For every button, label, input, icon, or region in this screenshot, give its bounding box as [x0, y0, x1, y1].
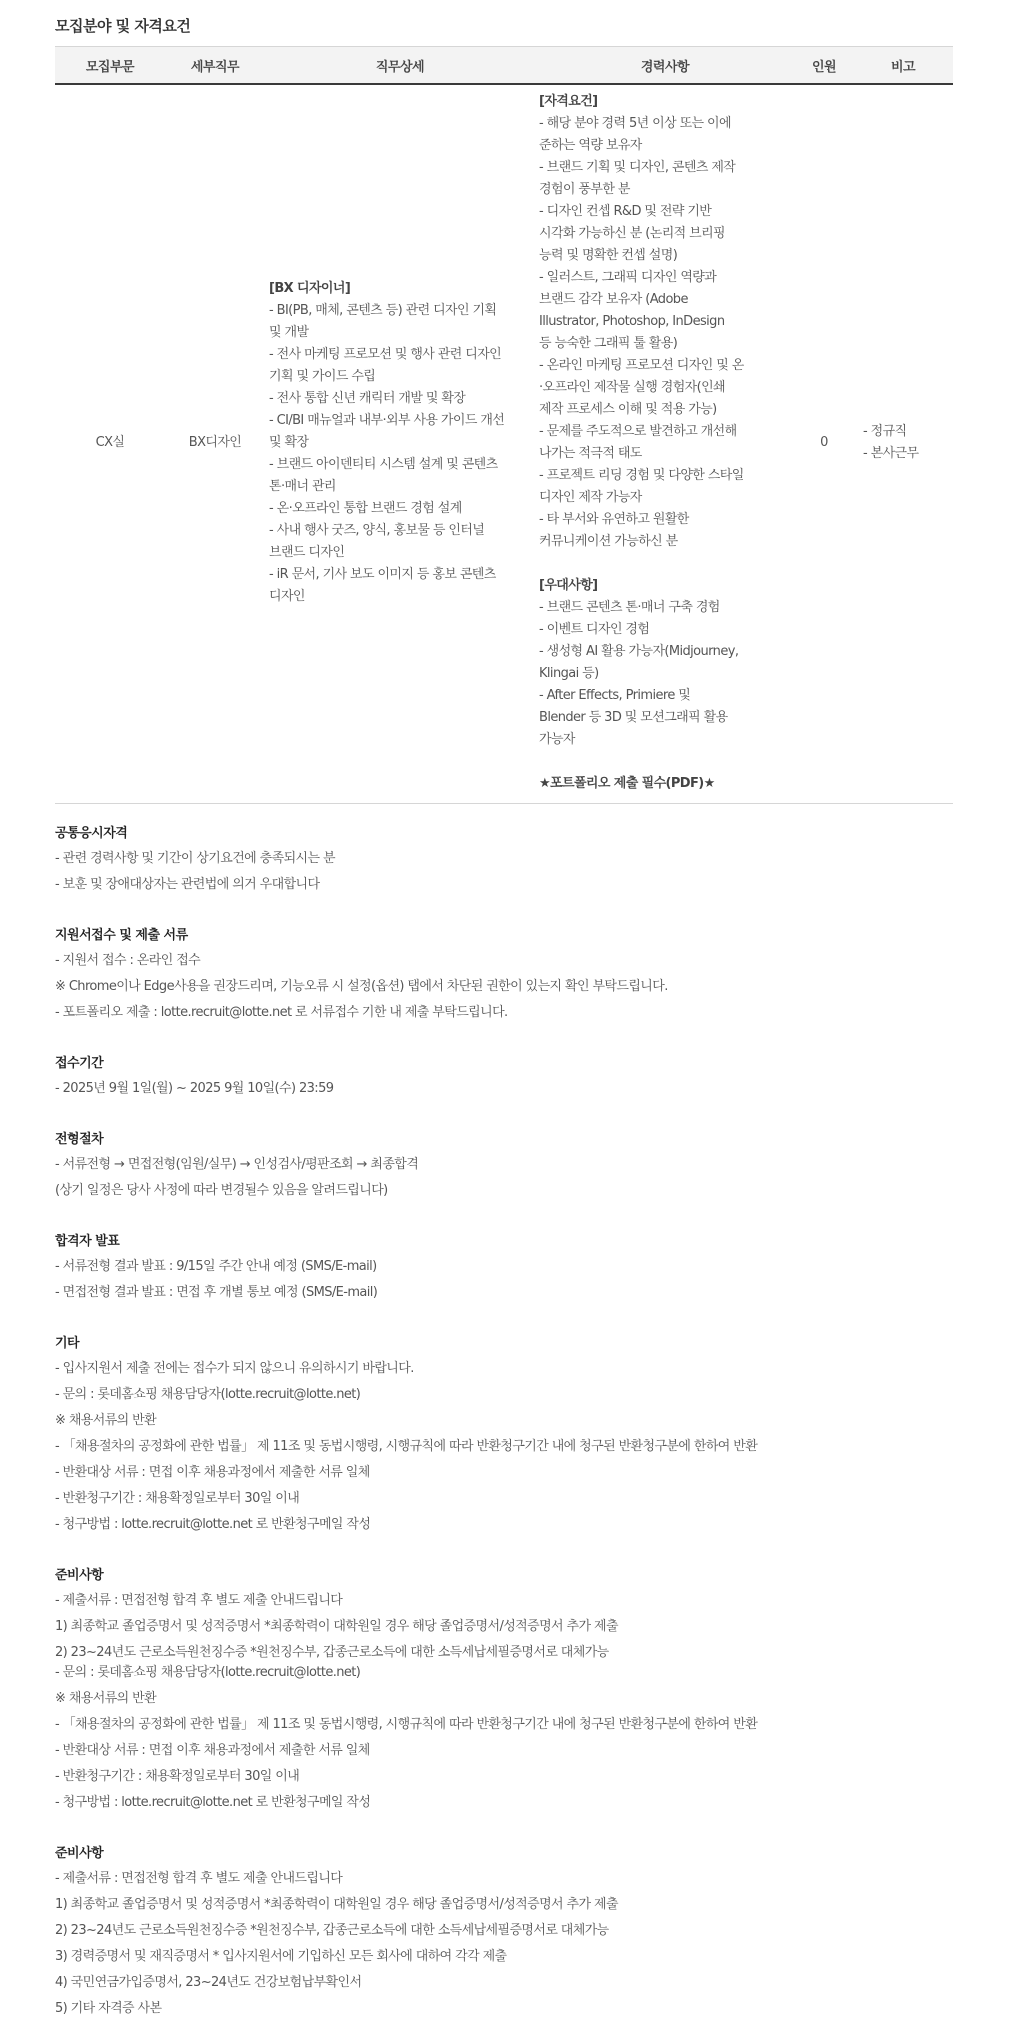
info-line: - 2025년 9월 1일(월) ~ 2025 9월 10일(수) 23:59	[55, 1076, 953, 1102]
info-line: - 면접전형 결과 발표 : 면접 후 개별 통보 예정 (SMS/E-mail…	[55, 1280, 953, 1306]
header-sub-role: 세부직무	[165, 47, 265, 85]
qualification-line: - 타 부서와 유연하고 원활한	[539, 509, 785, 531]
job-posting-page: 모집분야 및 자격요건 모집부문 세부직무 직무상세 경력사항 인원 비고 CX…	[0, 0, 953, 2022]
section-title: 접수기간	[55, 1052, 953, 1076]
preference-line: Blender 등 3D 및 모션그래픽 활용	[539, 707, 785, 729]
section-title: 공통응시자격	[55, 822, 953, 846]
info-line: - 서류전형 → 면접전형(임원/실무) → 인성검사/평판조회 → 최종합격	[55, 1152, 953, 1178]
qualification-line: 나가는 적극적 태도	[539, 443, 785, 465]
section-title: 합격자 발표	[55, 1230, 953, 1254]
section-period: 접수기간 - 2025년 9월 1일(월) ~ 2025 9월 10일(수) 2…	[55, 1052, 953, 1102]
section-preparation-1: 준비사항 - 제출서류 : 면접전형 합격 후 별도 제출 안내드립니다 1) …	[55, 1564, 953, 1816]
info-line: ※ Chrome이나 Edge사용을 권장드리며, 기능오류 시 설정(옵션) …	[55, 974, 953, 1000]
job-detail-line: - 브랜드 아이덴티티 시스템 설계 및 콘텐츠	[269, 454, 529, 476]
cell-headcount: 0	[795, 84, 853, 804]
qualification-line: 디자인 제작 가능자	[539, 487, 785, 509]
preference-heading: [우대사항]	[539, 575, 785, 597]
job-detail-line: 브랜드 디자인	[269, 542, 529, 564]
qualification-line: 경험이 풍부한 분	[539, 179, 785, 201]
cell-sub-role: BX디자인	[165, 84, 265, 804]
info-line: 2) 23~24년도 근로소득원천징수증 *원천징수부, 갑종근로소득에 대한 …	[55, 1918, 953, 1944]
note-line: - 본사근무	[863, 443, 953, 465]
header-department: 모집부문	[55, 47, 165, 85]
cell-job-detail: [BX 디자이너] - BI(PB, 매체, 콘텐츠 등) 관련 디자인 기획 …	[265, 84, 535, 804]
preference-line: - After Effects, Primiere 및	[539, 685, 785, 707]
qualification-heading: [자격요건]	[539, 91, 785, 113]
info-line: - 반환대상 서류 : 면접 이후 채용과정에서 제출한 서류 일체	[55, 1738, 953, 1764]
portfolio-notice: ★포트폴리오 제출 필수(PDF)★	[539, 773, 785, 795]
info-line: (상기 일정은 당사 사정에 따라 변경될수 있음을 알려드립니다)	[55, 1178, 953, 1204]
job-detail-line: 및 확장	[269, 432, 529, 454]
table-row: CX실 BX디자인 [BX 디자이너] - BI(PB, 매체, 콘텐츠 등) …	[55, 84, 953, 804]
job-detail-line: 기획 및 가이드 수립	[269, 366, 529, 388]
qualification-line: 준하는 역량 보유자	[539, 135, 785, 157]
qualification-line: - 해당 분야 경력 5년 이상 또는 이에	[539, 113, 785, 135]
qualification-line: 능력 및 명확한 컨셉 설명)	[539, 245, 785, 267]
job-detail-line: - BI(PB, 매체, 콘텐츠 등) 관련 디자인 기획	[269, 300, 529, 322]
qualification-line: Illustrator, Photoshop, InDesign	[539, 311, 785, 333]
qualification-line: 제작 프로세스 이해 및 적용 가능)	[539, 399, 785, 421]
job-detail-line: 및 개발	[269, 322, 529, 344]
note-line: - 정규직	[863, 421, 953, 443]
header-headcount: 인원	[795, 47, 853, 85]
section-title: 준비사항	[55, 1564, 953, 1588]
qualification-line: 커뮤니케이션 가능하신 분	[539, 531, 785, 553]
spacer	[539, 751, 785, 773]
info-line: - 「채용절차의 공정화에 관한 법률」 제 11조 및 동법시행령, 시행규칙…	[55, 1434, 953, 1460]
info-line-clipped: 2) 23~24년도 근로소득원천징수증 *원천징수부, 갑종근로소득에 대한 …	[55, 1640, 953, 1660]
section-title: 기타	[55, 1332, 953, 1356]
preference-line: - 이벤트 디자인 경험	[539, 619, 785, 641]
info-line: - 반환청구기간 : 채용확정일로부터 30일 이내	[55, 1764, 953, 1790]
header-notes: 비고	[853, 47, 953, 85]
info-line: - 서류전형 결과 발표 : 9/15일 주간 안내 예정 (SMS/E-mai…	[55, 1254, 953, 1280]
info-line: - 청구방법 : lotte.recruit@lotte.net 로 반환청구메…	[55, 1512, 953, 1538]
info-line: 3) 경력증명서 및 재직증명서 * 입사지원서에 기입하신 모든 회사에 대하…	[55, 1944, 953, 1970]
job-detail-line: 톤·매너 관리	[269, 476, 529, 498]
info-line: 4) 국민연금가입증명서, 23~24년도 건강보험납부확인서	[55, 1970, 953, 1996]
section-title-recruitment: 모집분야 및 자격요건	[55, 14, 953, 38]
preference-line: 가능자	[539, 729, 785, 751]
section-process: 전형절차 - 서류전형 → 면접전형(임원/실무) → 인성검사/평판조회 → …	[55, 1128, 953, 1204]
info-line: ※ 채용서류의 반환	[55, 1408, 953, 1434]
info-line: - 보훈 및 장애대상자는 관련법에 의거 우대합니다	[55, 872, 953, 898]
info-line: - 청구방법 : lotte.recruit@lotte.net 로 반환청구메…	[55, 1790, 953, 1816]
cell-notes: - 정규직 - 본사근무	[853, 84, 953, 804]
table-header-row: 모집부문 세부직무 직무상세 경력사항 인원 비고	[55, 47, 953, 85]
info-line: 1) 최종학교 졸업증명서 및 성적증명서 *최종학력이 대학원일 경우 해당 …	[55, 1892, 953, 1918]
qualification-line: - 디자인 컨셉 R&D 및 전략 기반	[539, 201, 785, 223]
info-line: - 제출서류 : 면접전형 합격 후 별도 제출 안내드립니다	[55, 1866, 953, 1892]
info-line: - 관련 경력사항 및 기간이 상기요건에 충족되시는 분	[55, 846, 953, 872]
qualification-line: - 온라인 마케팅 프로모션 디자인 및 온	[539, 355, 785, 377]
qualification-line: - 프로젝트 리딩 경험 및 다양한 스타일	[539, 465, 785, 487]
info-line: 5) 기타 자격증 사본	[55, 1996, 953, 2022]
job-detail-line: - iR 문서, 기사 보도 이미지 등 홍보 콘텐츠	[269, 564, 529, 586]
qualification-line: ·오프라인 제작물 실행 경험자(인쇄	[539, 377, 785, 399]
section-common-qualifications: 공통응시자격 - 관련 경력사항 및 기간이 상기요건에 충족되시는 분 - 보…	[55, 822, 953, 898]
job-detail-line: - 전사 마케팅 프로모션 및 행사 관련 디자인	[269, 344, 529, 366]
info-line: - 포트폴리오 제출 : lotte.recruit@lotte.net 로 서…	[55, 1000, 953, 1026]
preference-line: - 생성형 AI 활용 가능자(Midjourney,	[539, 641, 785, 663]
cell-career: [자격요건] - 해당 분야 경력 5년 이상 또는 이에 준하는 역량 보유자…	[535, 84, 795, 804]
section-announcement: 합격자 발표 - 서류전형 결과 발표 : 9/15일 주간 안내 예정 (SM…	[55, 1230, 953, 1306]
section-application: 지원서접수 및 제출 서류 - 지원서 접수 : 온라인 접수 ※ Chrome…	[55, 924, 953, 1026]
clipped-text: 2) 23~24년도 근로소득원천징수증 *원천징수부, 갑종근로소득에 대한 …	[55, 1645, 609, 1660]
info-line: - 반환대상 서류 : 면접 이후 채용과정에서 제출한 서류 일체	[55, 1460, 953, 1486]
info-line: 1) 최종학교 졸업증명서 및 성적증명서 *최종학력이 대학원일 경우 해당 …	[55, 1614, 953, 1640]
info-line: - 문의 : 롯데홈쇼핑 채용담당자(lotte.recruit@lotte.n…	[55, 1660, 953, 1686]
section-title: 전형절차	[55, 1128, 953, 1152]
qualification-line: 등 능숙한 그래픽 툴 활용)	[539, 333, 785, 355]
job-detail-line: - CI/BI 매뉴얼과 내부·외부 사용 가이드 개선	[269, 410, 529, 432]
preference-line: - 브랜드 콘텐츠 톤·매너 구축 경험	[539, 597, 785, 619]
info-line: - 반환청구기간 : 채용확정일로부터 30일 이내	[55, 1486, 953, 1512]
qualification-line: 브랜드 감각 보유자 (Adobe	[539, 289, 785, 311]
spacer	[539, 553, 785, 575]
info-line: - 지원서 접수 : 온라인 접수	[55, 948, 953, 974]
header-job-detail: 직무상세	[265, 47, 535, 85]
info-line: ※ 채용서류의 반환	[55, 1686, 953, 1712]
job-detail-line: - 온·오프라인 통합 브랜드 경험 설계	[269, 498, 529, 520]
recruitment-table: 모집부문 세부직무 직무상세 경력사항 인원 비고 CX실 BX디자인 [BX …	[55, 46, 953, 804]
section-title: 준비사항	[55, 1842, 953, 1866]
job-detail-line: - 전사 통합 신년 캐릭터 개발 및 확장	[269, 388, 529, 410]
job-detail-line: 디자인	[269, 586, 529, 608]
preference-line: Klingai 등)	[539, 663, 785, 685]
info-line: - 「채용절차의 공정화에 관한 법률」 제 11조 및 동법시행령, 시행규칙…	[55, 1712, 953, 1738]
header-career: 경력사항	[535, 47, 795, 85]
job-detail-heading: [BX 디자이너]	[269, 278, 529, 300]
section-preparation-2: 준비사항 - 제출서류 : 면접전형 합격 후 별도 제출 안내드립니다 1) …	[55, 1842, 953, 2022]
section-etc: 기타 - 입사지원서 제출 전에는 접수가 되지 않으니 유의하시기 바랍니다.…	[55, 1332, 953, 1538]
cell-department: CX실	[55, 84, 165, 804]
qualification-line: 시각화 가능하신 분 (논리적 브리핑	[539, 223, 785, 245]
section-title: 지원서접수 및 제출 서류	[55, 924, 953, 948]
qualification-line: - 브랜드 기획 및 디자인, 콘텐츠 제작	[539, 157, 785, 179]
job-detail-line: - 사내 행사 굿즈, 양식, 홍보물 등 인터널	[269, 520, 529, 542]
info-line: - 문의 : 롯데홈쇼핑 채용담당자(lotte.recruit@lotte.n…	[55, 1382, 953, 1408]
info-line: - 제출서류 : 면접전형 합격 후 별도 제출 안내드립니다	[55, 1588, 953, 1614]
info-line: - 입사지원서 제출 전에는 접수가 되지 않으니 유의하시기 바랍니다.	[55, 1356, 953, 1382]
qualification-line: - 문제를 주도적으로 발견하고 개선해	[539, 421, 785, 443]
qualification-line: - 일러스트, 그래픽 디자인 역량과	[539, 267, 785, 289]
